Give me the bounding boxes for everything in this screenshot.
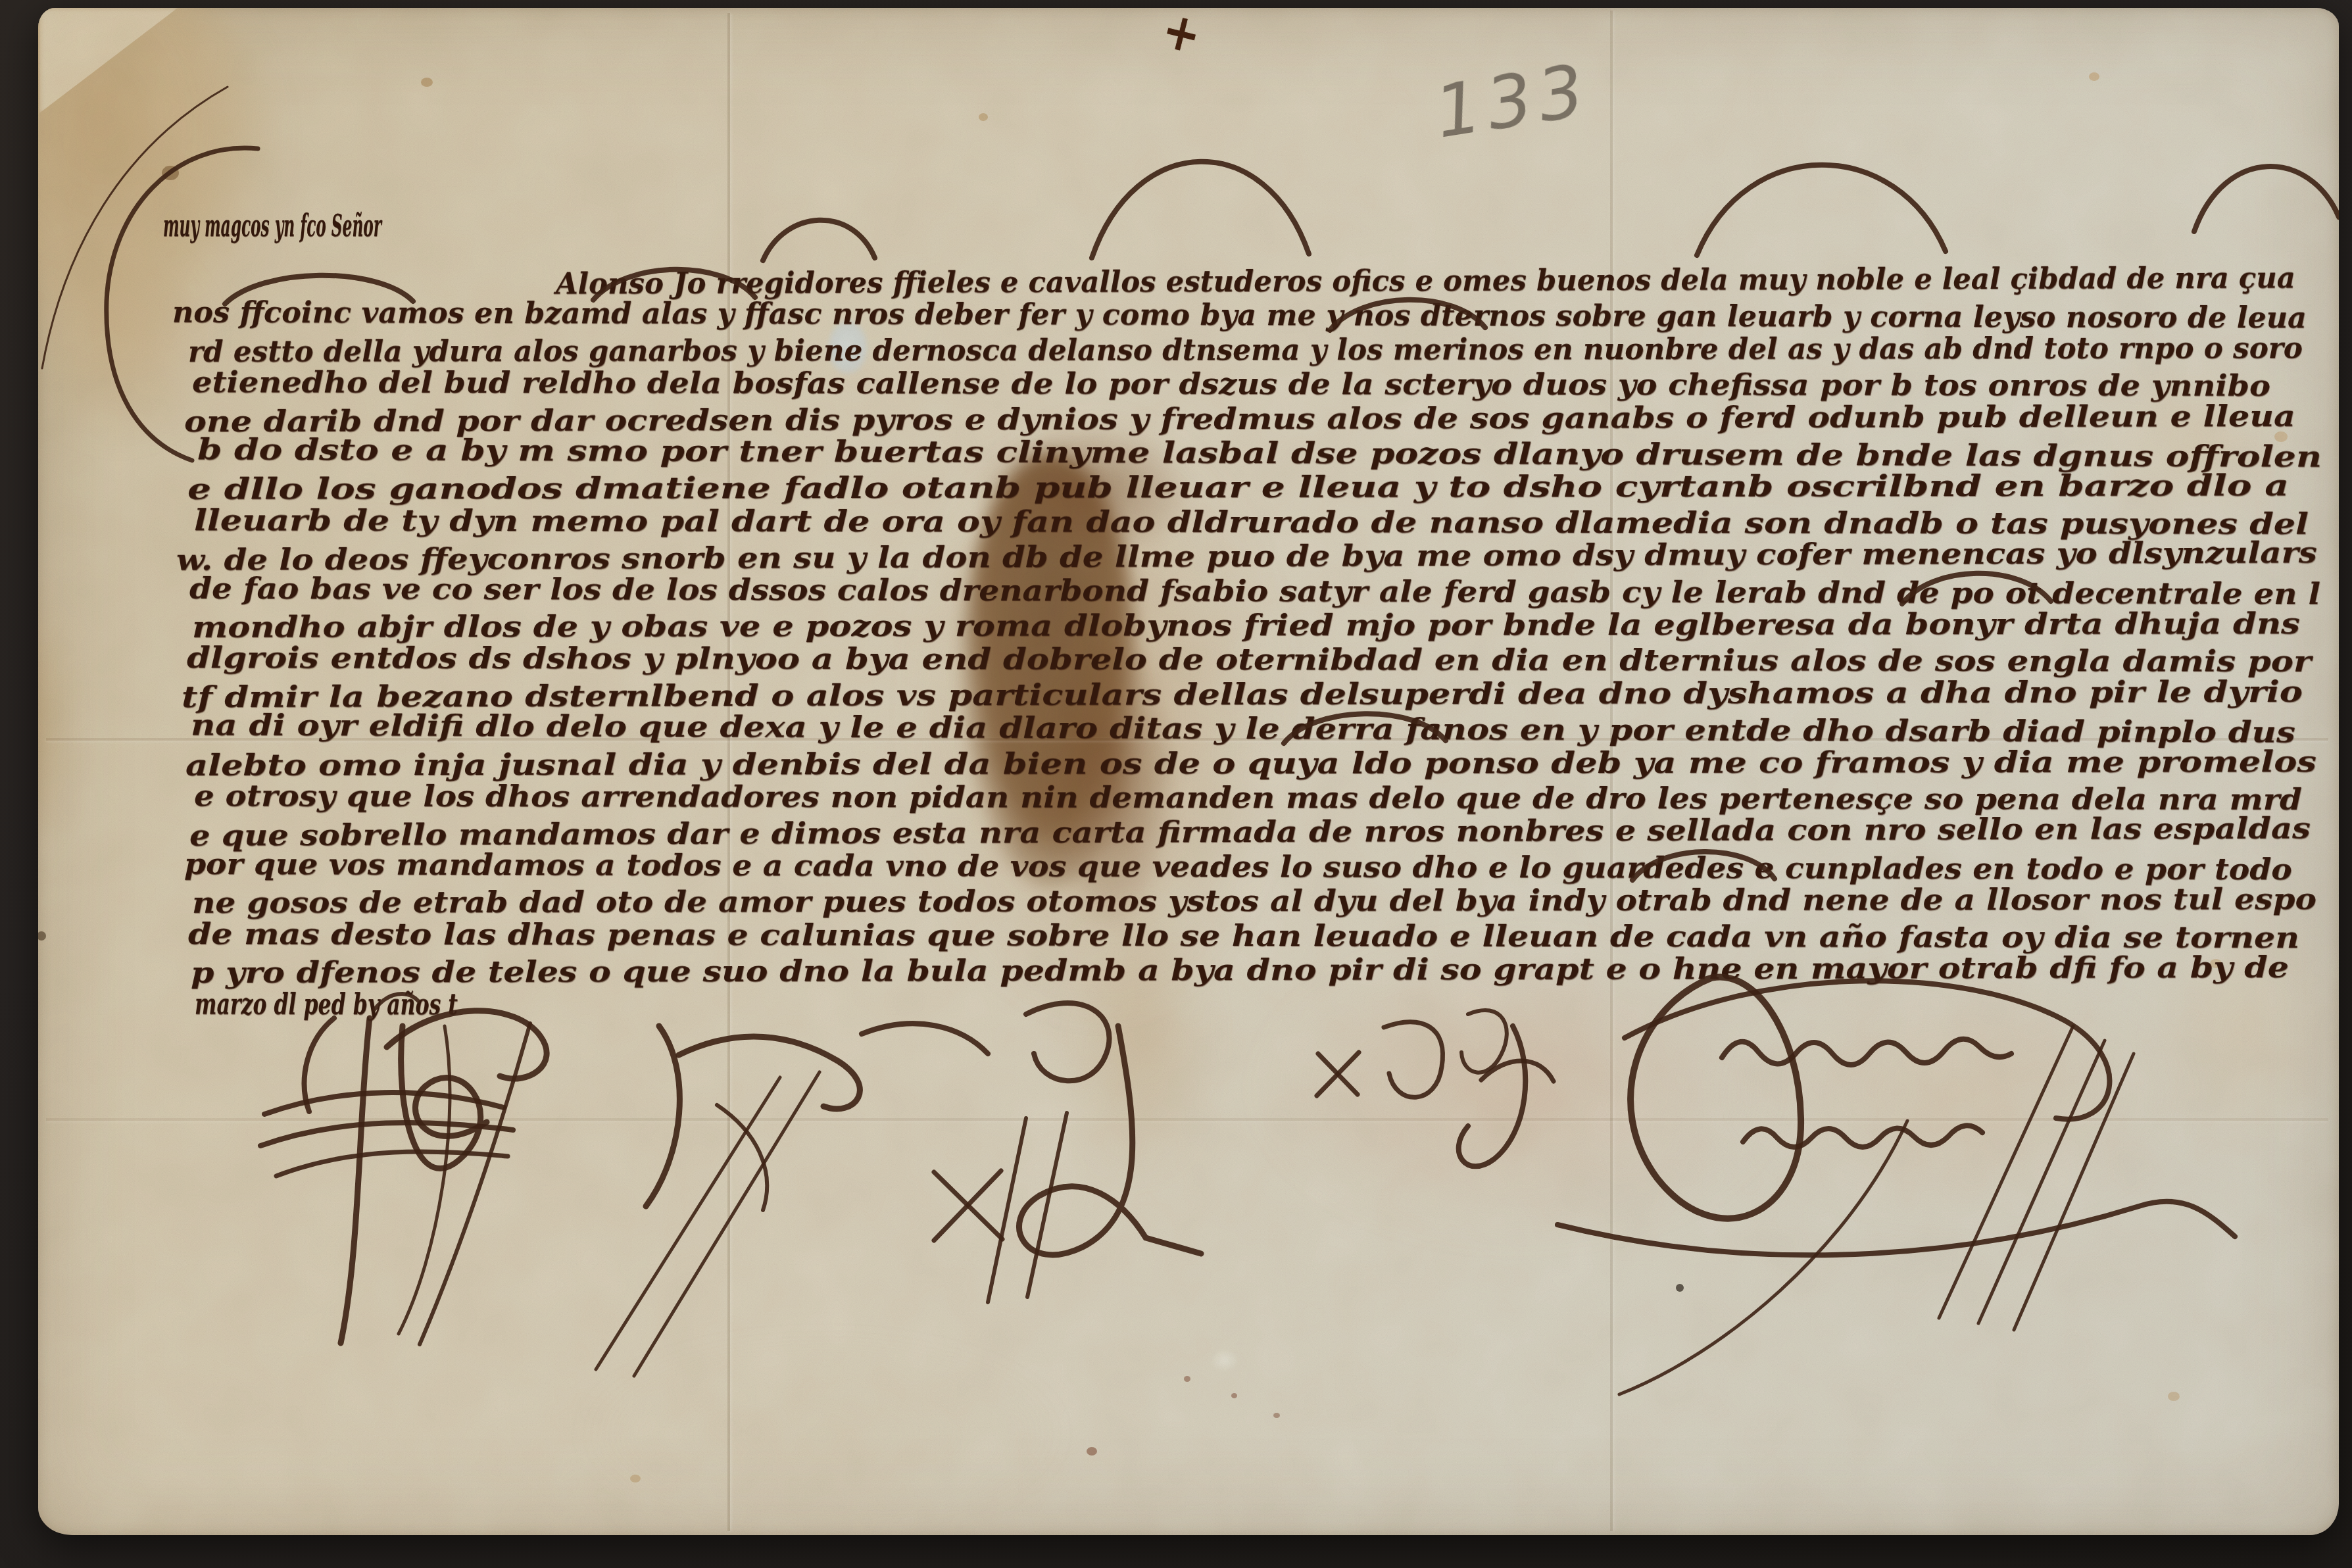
manuscript-line-text: e otrosy que los dhos arrendadores non p…: [194, 779, 2302, 817]
manuscript-line: de mas desto las dhas penas e calunias q…: [188, 918, 2299, 957]
manuscript-line-text: marzo dl ped by años t: [195, 988, 458, 1022]
manuscript-line: p yro dfenos de teles o que suo dno la b…: [191, 951, 2289, 992]
ink-speck: [1273, 1413, 1280, 1418]
manuscript-line-text: one darib dnd por dar ocredsen dis pyros…: [184, 400, 2295, 439]
salutation-line: muy magcos yn fco Señor: [163, 208, 381, 243]
manuscript-line-text: b do dsto e a by m smo por tner buertas …: [197, 433, 2322, 474]
manuscript-line: nos ffcoinc vamos en bzamd alas y ffasc …: [172, 296, 2307, 337]
foxing-dot: [38, 931, 46, 941]
stain-bottom-soft: [579, 1342, 1066, 1526]
ink-speck: [1676, 1284, 1684, 1292]
manuscript-line-text: ne gosos de etrab dad oto de amor pues t…: [192, 883, 2316, 920]
manuscript-line: etienedho del bud reldho dela bosfas cal…: [192, 366, 2270, 405]
manuscript-line: e dllo los ganodos dmatiene fadlo otanb …: [187, 469, 2289, 508]
manuscript-line-text: por que vos mandamos a todos e a cada vn…: [184, 848, 2292, 887]
signature-center-rubric: [596, 1003, 1201, 1376]
manuscript-line-text: mondho abjr dlos de y obas ve e pozos y …: [192, 607, 2300, 645]
document-paper: + 133 muy magcos yn fco Señor Alonso Jo …: [38, 8, 2339, 1535]
manuscript-line-text: e que sobrello mandamos dar e dimos esta…: [189, 812, 2311, 852]
stain-signature-right: [1723, 960, 2197, 1223]
manuscript-line: Alonso Jo rregidores ffieles e cavallos …: [556, 261, 2295, 303]
foxing-dot: [162, 166, 179, 180]
manuscript-line-text: alebto omo inja jusnal dia y denbis del …: [185, 745, 2316, 783]
paper-surface: + 133 muy magcos yn fco Señor Alonso Jo …: [38, 8, 2339, 1535]
ink-speck: [1231, 1393, 1237, 1398]
signature-right-rubric: [1459, 977, 2235, 1394]
corner-fold-glare: [39, 8, 178, 113]
manuscript-line-text: etienedho del bud reldho dela bosfas cal…: [192, 366, 2270, 403]
manuscript-line-text: tf dmir la bezano dsternlbend o alos vs …: [182, 675, 2303, 714]
manuscript-line-text: lleuarb de ty dyn memo pal dart de ora o…: [194, 504, 2309, 541]
manuscript-line-text: de mas desto las dhas penas e calunias q…: [188, 918, 2299, 955]
paraph-bracket-icon: [42, 87, 258, 460]
signature-left-rubric: [260, 994, 547, 1344]
foxing-dot: [979, 113, 988, 121]
manuscript-line: de fao bas ve co ser los de los dssos ca…: [189, 572, 2320, 613]
cross-mark: +: [1156, 8, 1208, 67]
manuscript-line-text: de fao bas ve co ser los de los dssos ca…: [189, 572, 2320, 611]
foxing-dot: [2089, 72, 2099, 81]
stain-left-edge: [38, 566, 79, 868]
manuscript-line-text: na di oyr eldifi dlo delo que dexa y le …: [191, 708, 2295, 749]
manuscript-line-text: e dllo los ganodos dmatiene fadlo otanb …: [187, 469, 2289, 506]
foxing-dot: [630, 1475, 641, 1482]
manuscript-line-text: rd estto della ydura alos ganarbos y bie…: [188, 331, 2303, 369]
ink-speck: [1184, 1376, 1190, 1382]
horizontal-fold-low: [46, 1118, 2328, 1121]
foxing-dot: [2168, 1392, 2180, 1401]
paper-nub: [1212, 1350, 1238, 1371]
manuscript-line-text: nos ffcoinc vamos en bzamd alas y ffasc …: [172, 296, 2307, 335]
manuscript-line-text: dlgrois entdos ds dshos y plnyoo a bya e…: [187, 641, 2311, 679]
foxing-dot: [421, 78, 433, 87]
manuscript-line-text: Alonso Jo rregidores ffieles e cavallos …: [556, 261, 2295, 301]
archive-number: 133: [1430, 49, 1596, 154]
manuscript-line-text: p yro dfenos de teles o que suo dno la b…: [191, 951, 2289, 990]
manuscript-line: mondho abjr dlos de y obas ve e pozos y …: [192, 607, 2300, 647]
manuscript-line: dlgrois entdos ds dshos y plnyoo a bya e…: [187, 641, 2311, 681]
salutation-text: muy magcos yn fco Señor: [163, 208, 381, 243]
manuscript-line: alebto omo inja jusnal dia y denbis del …: [185, 745, 2316, 785]
manuscript-line: ne gosos de etrab dad oto de amor pues t…: [192, 883, 2316, 922]
manuscript-line: marzo dl ped by años t: [195, 988, 458, 1024]
manuscript-line: por que vos mandamos a todos e a cada vn…: [184, 848, 2292, 889]
signature-initials: [1317, 1010, 1507, 1097]
ink-speck: [1087, 1447, 1097, 1456]
manuscript-line-text: w. de lo deos ffeyconros snorb en su y l…: [176, 536, 2317, 577]
manuscript-line: na di oyr eldifi dlo delo que dexa y le …: [191, 708, 2295, 751]
photo-backdrop: + 133 muy magcos yn fco Señor Alonso Jo …: [0, 0, 2352, 1568]
manuscript-line: rd estto della ydura alos ganarbos y bie…: [188, 331, 2303, 371]
